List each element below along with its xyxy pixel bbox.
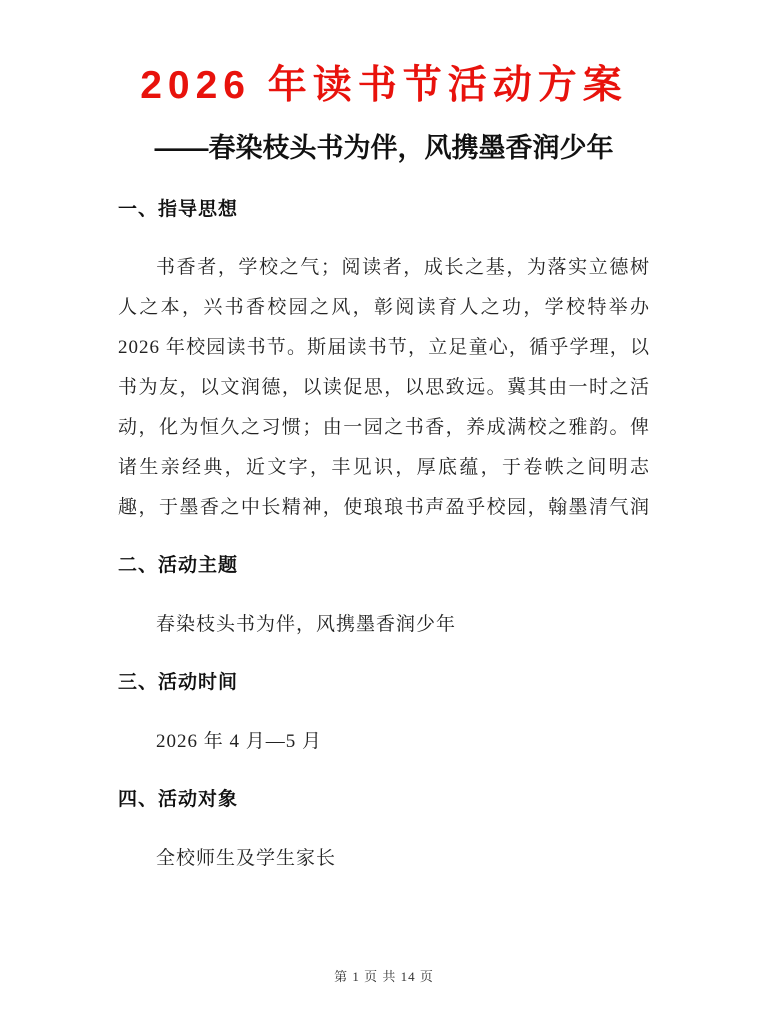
document-page: 2026 年读书节活动方案 ——春染枝头书为伴，风携墨香润少年 一、指导思想 书… — [0, 0, 768, 1024]
section-heading-activity-theme: 二、活动主题 — [118, 553, 650, 579]
section-heading-guiding-ideology: 一、指导思想 — [118, 197, 650, 223]
page-footer: 第 1 页 共 14 页 — [0, 966, 768, 985]
page-number-text: 第 1 页 共 14 页 — [334, 969, 434, 984]
section-body-activity-target: 全校师生及学生家长 — [118, 846, 650, 872]
document-subtitle: ——春染枝头书为伴，风携墨香润少年 — [118, 130, 650, 166]
section-heading-activity-time: 三、活动时间 — [118, 670, 650, 696]
section-body-activity-theme: 春染枝头书为伴，风携墨香润少年 — [118, 612, 650, 638]
document-title: 2026 年读书节活动方案 — [118, 60, 650, 112]
section-heading-activity-target: 四、活动对象 — [118, 787, 650, 813]
section-body-guiding-ideology: 书香者，学校之气；阅读者，成长之基，为落实立德树人之本，兴书香校园之风，彰阅读育… — [118, 248, 650, 528]
section-body-activity-time: 2026 年 4 月—5 月 — [118, 729, 650, 755]
